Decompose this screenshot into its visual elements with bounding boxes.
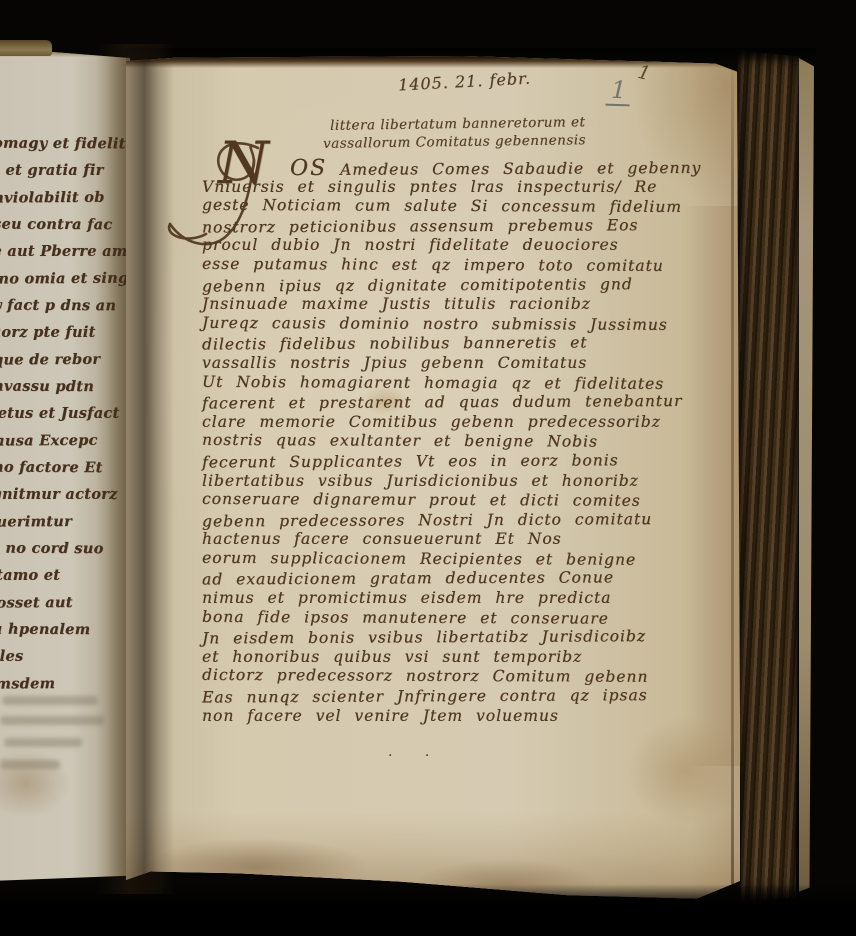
left-page-text-line: Jnviolabilit ob — [0, 183, 130, 211]
text-line: nimus et promictimus eisdem hre predicta — [202, 589, 740, 609]
left-facing-page: omagy et fidelita as et gratia fir Jnvio… — [0, 48, 130, 884]
left-page-text-line: omagy et fidelita — [0, 130, 130, 158]
text-line: Jn eisdem bonis vsibus libertatibz Juris… — [202, 627, 740, 649]
left-page-text-line: metus et Jusfact — [0, 400, 130, 427]
text-line: Ut Nobis homagiarent homagia qz et fidel… — [202, 372, 740, 394]
left-page-text-column: omagy et fidelita as et gratia fir Jnvio… — [0, 130, 130, 697]
left-page-text-line: y fact p dns an — [0, 292, 130, 320]
binding-edge-tab — [0, 40, 52, 56]
left-page-text-line: buerimtur — [0, 507, 130, 535]
stain — [146, 839, 366, 894]
text-line: dilectis fidelibus nobilibus banneretis … — [202, 333, 740, 355]
left-page-text-line: nvassu pdtn — [0, 373, 130, 401]
text-line: OS Amedeus Comes Sabaudie et gebenny — [202, 157, 740, 179]
manuscript-photograph: omagy et fidelita as et gratia fir Jnvio… — [0, 0, 856, 936]
left-page-text-line: posset aut — [0, 588, 130, 616]
left-page-text-line: seu contra fac — [0, 211, 130, 239]
text-line: conseruare dignaremur prout et dicti com… — [202, 490, 740, 512]
folio-number-pencil: 1 — [605, 76, 630, 107]
cover-board-edge — [799, 58, 814, 896]
heading-line: vassallorum Comitatus gebennensis — [323, 132, 586, 152]
stain — [0, 748, 70, 818]
text-line: Jnsinuade maxime Justis titulis racionib… — [202, 295, 740, 315]
text-line: esse putamus hinc est qz impero toto com… — [202, 255, 740, 277]
ink-dots: . . — [388, 744, 443, 760]
recto-page: 1405. 21. febr. 1 1 littera libertatum b… — [126, 56, 740, 902]
show-through-text — [2, 696, 98, 705]
left-page-text-line: be aut Pberre am — [0, 238, 130, 265]
text-line: facerent et prestarent ad quas dudum ten… — [202, 392, 740, 414]
left-page-text-line: suorz pte fuit — [0, 319, 130, 346]
show-through-text — [0, 716, 104, 725]
text-line: non facere vel venire Jtem voluemus — [202, 707, 740, 727]
text-line: clare memorie Comitibus gebenn predecess… — [202, 413, 740, 433]
text-line: nostris quas exultanter et benigne Nobis — [202, 431, 740, 453]
stain — [416, 860, 596, 902]
left-page-text-line: tque de rebor — [0, 345, 130, 373]
text-line: Eas nunqz scienter Jnfringere contra qz … — [202, 686, 740, 708]
text-line: dictorz predecessorz nostrorz Comitum ge… — [202, 666, 740, 688]
left-page-text-line: t no omia et sing — [0, 264, 130, 292]
fore-edge-page-stack — [737, 50, 801, 906]
text-line: procul dubio Jn nostri fidelitate deuoci… — [202, 236, 740, 256]
text-line: vassallis nostris Jpius gebenn Comitatus — [202, 354, 740, 374]
text-line: geste Noticiam cum salute Si concessum f… — [202, 196, 740, 218]
left-page-text-line: t no cord suo — [0, 535, 130, 563]
show-through-text — [0, 760, 60, 769]
text-line: fecerunt Supplicantes Vt eos in eorz bon… — [202, 450, 740, 472]
left-page-text-line: no factore Et — [0, 454, 130, 482]
left-page-text-line: emsdem — [0, 669, 130, 697]
bottom-shadow — [0, 884, 856, 936]
stain — [126, 812, 740, 902]
charter-text-block: OS Amedeus Comes Sabaudie et gebenny Vni… — [202, 158, 740, 726]
opening-capitals: OS — [290, 156, 327, 181]
stain — [626, 716, 740, 826]
text-line: gebenn predecessores Nostri Jn dicto com… — [202, 509, 740, 531]
heading-line: littera libertatum banneretorum et — [330, 114, 586, 134]
text-line-rest: Amedeus Comes Sabaudie et gebenny — [340, 159, 701, 179]
show-through-text — [4, 738, 82, 747]
left-page-text-line: a hpenalem — [0, 616, 130, 644]
left-page-text-line: y tamo et — [0, 562, 130, 589]
left-page-text-line: rales — [0, 643, 130, 670]
text-line: nostrorz peticionibus assensum prebemus … — [202, 215, 740, 237]
text-line: gebenn ipius qz dignitate comitipotentis… — [202, 274, 740, 296]
text-line: Vniuersis et singulis pntes lras inspect… — [202, 178, 740, 198]
text-line: libertatibus vsibus Jurisdicionibus et h… — [202, 472, 740, 492]
text-line: ad exaudicionem gratam deducentes Conue — [202, 568, 740, 590]
date-annotation: 1405. 21. febr. — [398, 69, 532, 95]
text-line: et honoribus quibus vsi sunt temporibz — [202, 648, 740, 668]
left-page-text-line: as et gratia fir — [0, 157, 130, 184]
left-page-text-line: causa Excepc — [0, 426, 130, 454]
text-line: hactenus facere consueuerunt Et Nos — [202, 530, 740, 550]
left-page-text-line: egnitmur actorz — [0, 481, 130, 508]
